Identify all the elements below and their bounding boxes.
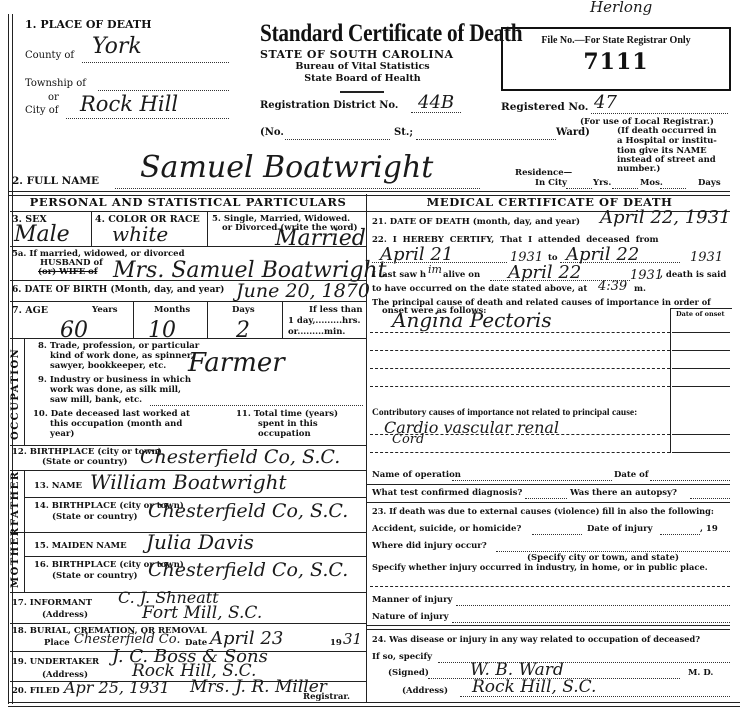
place-of-death-label: 1. PLACE OF DEATH xyxy=(25,18,151,31)
last-worked-label-2: this occupation (month and xyxy=(50,419,182,429)
time-value[interactable]: 4:39 xyxy=(598,279,627,294)
no-line xyxy=(285,139,390,140)
injury-where-label: Where did injury occur? xyxy=(372,541,487,551)
age-years-label: Years xyxy=(92,305,118,315)
filed-value[interactable]: Apr 25, 1931 xyxy=(64,678,170,697)
signed-label: (Signed) xyxy=(388,668,429,678)
time-suffix: m. xyxy=(634,284,646,294)
address-label: (Address) xyxy=(402,686,448,696)
residence-yrs-line xyxy=(612,188,638,189)
attended-to-year[interactable]: 1931 xyxy=(690,250,723,265)
operation-date-line xyxy=(650,480,730,481)
last-saw-label: I last saw h xyxy=(372,270,426,280)
injury-date-line xyxy=(660,534,700,535)
cause-line-3 xyxy=(370,368,670,369)
injury-date-label: Date of injury xyxy=(587,524,653,534)
contributory-label: Contributory causes of importance not re… xyxy=(372,408,637,418)
informant-rule xyxy=(10,623,366,624)
county-label: County of xyxy=(25,50,74,61)
onset-line-3 xyxy=(672,368,730,369)
less-than-2: 1 day,.........hrs. xyxy=(288,316,360,326)
full-name-value[interactable]: Samuel Boatwright xyxy=(140,150,433,185)
injury-where-line xyxy=(496,551,730,552)
total-time-label-1: 11. Total time (years) xyxy=(236,409,338,419)
if-so-label: If so, specify xyxy=(372,652,432,662)
state-heading: STATE OF SOUTH CAROLINA xyxy=(260,48,454,61)
trade-label-2: kind of work done, as spinner, xyxy=(50,351,194,361)
informant-address-value[interactable]: Fort Mill, S.C. xyxy=(142,603,262,623)
row-3-rule xyxy=(10,246,366,247)
last-saw-pronoun[interactable]: im xyxy=(428,263,442,276)
title-rule xyxy=(340,91,384,93)
mother-birthplace-label-2: (State or country) xyxy=(52,571,138,581)
accident-line xyxy=(532,534,582,535)
hospital-note-2: a Hospital or institu- xyxy=(617,136,717,146)
bureau-heading: Bureau of Vital Statistics xyxy=(260,61,465,72)
residence-yrs: Yrs. xyxy=(593,178,611,188)
age-years-value[interactable]: 60 xyxy=(60,318,88,343)
accident-label: Accident, suicide, or homicide? xyxy=(372,524,521,534)
occupation-side-divider xyxy=(24,338,25,445)
father-side-divider xyxy=(24,470,25,532)
mother-name-value[interactable]: Julia Davis xyxy=(146,530,254,554)
registrar-label: Registrar. xyxy=(303,692,350,702)
city-line xyxy=(66,118,229,119)
date-onset-label: Date of onset xyxy=(676,310,725,318)
operation-rule xyxy=(367,484,730,485)
age-months-divider xyxy=(207,302,208,338)
age-days-divider xyxy=(282,302,283,338)
registered-label: Registered No. xyxy=(501,101,588,113)
spouse-label-3: (or) WIFE of xyxy=(38,267,97,277)
dod-value[interactable]: April 22, 1931 xyxy=(600,207,731,228)
birthplace-value[interactable]: Chesterfield Co, S.C. xyxy=(140,446,340,468)
filed-label: 20. FILED xyxy=(12,686,60,696)
autopsy-line xyxy=(690,498,730,499)
father-side-label: FATHER xyxy=(10,478,21,526)
operation-date-label: Date of xyxy=(614,470,649,480)
hospital-note-5: number.) xyxy=(617,164,660,174)
file-number-box: File No.—For State Registrar Only 7111 xyxy=(501,27,731,91)
residence-mos: Mos. xyxy=(640,178,663,188)
informant-address-label: (Address) xyxy=(42,610,88,620)
margin-note: Herlong xyxy=(590,0,652,16)
specify-where-label: Specify whether injury occurred in indus… xyxy=(372,562,708,572)
manner-line xyxy=(456,605,730,606)
or-label: or xyxy=(48,92,59,103)
occupation-related-label: 24. Was disease or injury in any way rel… xyxy=(372,634,700,644)
city-value[interactable]: Rock Hill xyxy=(80,92,178,116)
age-months-value[interactable]: 10 xyxy=(148,318,176,343)
trade-label-1: 8. Trade, profession, or particular xyxy=(38,341,199,351)
full-name-line xyxy=(115,188,480,189)
total-time-label-2: spent in this xyxy=(258,419,318,429)
diagnosis-label: What test confirmed diagnosis? xyxy=(372,488,522,498)
informant-label: 17. INFORMANT xyxy=(12,598,92,608)
principal-cause-value[interactable]: Angina Pectoris xyxy=(392,308,552,332)
specify-line xyxy=(370,586,730,587)
bottom-border xyxy=(8,702,740,707)
residence-days: Days xyxy=(698,178,721,188)
age-years-divider xyxy=(133,302,134,338)
contrib-line-2 xyxy=(370,452,670,453)
registered-value[interactable]: 47 xyxy=(594,92,617,113)
reg-district-label: Registration District No. xyxy=(260,100,398,111)
no-label: (No. xyxy=(260,127,284,138)
nature-line xyxy=(452,622,730,623)
row-6-rule xyxy=(10,301,366,302)
dob-label: 6. DATE OF BIRTH (Month, day, and year) xyxy=(12,285,224,295)
cause-line-2 xyxy=(370,350,670,351)
md-label: M. D. xyxy=(688,668,713,678)
nature-label: Nature of injury xyxy=(372,612,449,622)
reg-district-value[interactable]: 44B xyxy=(418,92,454,113)
trade-label-3: sawyer, bookkeeper, etc. xyxy=(50,361,166,371)
marital-value[interactable]: Married xyxy=(275,226,366,251)
ward-label: Ward) xyxy=(556,127,590,138)
file-box-label: File No.—For State Registrar Only xyxy=(503,35,729,46)
mother-name-label: 15. MAIDEN NAME xyxy=(34,541,127,551)
residence-mos-line xyxy=(660,188,686,189)
last-saw-year[interactable]: 1931 xyxy=(630,268,663,283)
county-line xyxy=(82,62,229,63)
manner-label: Manner of injury xyxy=(372,595,453,605)
mother-side-label: MOTHER xyxy=(10,536,21,588)
occupation-side-label: OCCUPATION xyxy=(10,345,21,440)
total-time-label-3: occupation xyxy=(258,429,311,439)
hospital-note-1: (If death occurred in xyxy=(617,126,716,136)
mother-name-rule xyxy=(24,556,366,557)
mother-birthplace-value[interactable]: Chesterfield Co, S.C. xyxy=(148,559,348,581)
address-line xyxy=(460,696,730,697)
st-label: St.; xyxy=(394,127,413,138)
industry-line xyxy=(150,405,363,406)
industry-label-3: saw mill, bank, etc. xyxy=(50,395,142,405)
external-label: 23. If death was due to external causes … xyxy=(372,506,714,516)
burial-place-value[interactable]: Chesterfield Co. xyxy=(74,632,180,647)
township-line xyxy=(98,90,229,91)
father-name-rule xyxy=(24,497,366,498)
father-birthplace-label-2: (State or country) xyxy=(52,512,138,522)
father-name-label: 13. NAME xyxy=(34,481,82,491)
sex-value[interactable]: Male xyxy=(14,222,70,247)
row-7-rule xyxy=(10,338,366,339)
burial-year-prefix: 19 xyxy=(330,638,342,648)
onset-line-6 xyxy=(672,452,730,453)
certificate-title: Standard Certificate of Death xyxy=(260,20,522,48)
contributory-value-2[interactable]: Cord xyxy=(392,432,424,447)
last-worked-label-1: 10. Date deceased last worked at xyxy=(33,409,190,419)
race-divider xyxy=(207,212,208,246)
burial-year-suffix[interactable]: 31 xyxy=(343,630,362,648)
father-name-value[interactable]: William Boatwright xyxy=(90,470,287,494)
st-line xyxy=(416,139,556,140)
township-label: Township of xyxy=(25,78,86,89)
dod-label: 21. DATE OF DEATH (month, day, and year) xyxy=(372,217,580,227)
industry-label-2: work was done, as silk mill, xyxy=(50,385,181,395)
age-days-value[interactable]: 2 xyxy=(236,318,250,343)
cause-line-4 xyxy=(370,386,670,387)
onset-line-1 xyxy=(672,332,730,333)
city-label: City of xyxy=(25,105,58,116)
personal-section-title: PERSONAL AND STATISTICAL PARTICULARS xyxy=(10,195,366,209)
autopsy-label: Was there an autopsy? xyxy=(570,488,677,498)
residence-city-line xyxy=(566,188,592,189)
date-onset-divider xyxy=(670,308,671,453)
residence-in-city: In City xyxy=(535,178,567,188)
diagnosis-rule xyxy=(367,502,730,503)
registered-line xyxy=(591,113,728,114)
board-heading: State Board of Health xyxy=(260,73,465,84)
county-value[interactable]: York xyxy=(92,34,142,59)
age-label: 7. AGE xyxy=(12,305,48,316)
last-worked-label-3: year) xyxy=(50,429,74,439)
injury-year-prefix: , 19 xyxy=(700,524,718,534)
residence-label: Residence— xyxy=(515,168,572,178)
industry-label-1: 9. Industry or business in which xyxy=(38,375,191,385)
onset-line-2 xyxy=(672,350,730,351)
operation-line xyxy=(452,480,612,481)
death-said-label: , death is said xyxy=(660,270,726,280)
operation-label: Name of operation xyxy=(372,470,461,480)
onset-line-5 xyxy=(672,434,730,435)
age-months-label: Months xyxy=(154,305,190,315)
full-name-label: 2. FULL NAME xyxy=(12,175,99,187)
cause-line-1 xyxy=(370,332,670,333)
mother-side-divider xyxy=(24,532,25,592)
alive-on-label: alive on xyxy=(443,270,480,280)
father-birthplace-value[interactable]: Chesterfield Co, S.C. xyxy=(148,500,348,522)
less-than-1: If less than xyxy=(309,305,363,315)
occurred-label: to have occurred on the date stated abov… xyxy=(372,284,587,294)
onset-line-4 xyxy=(672,386,730,387)
address-value[interactable]: Rock Hill, S.C. xyxy=(472,677,596,697)
trade-value[interactable]: Farmer xyxy=(188,348,285,378)
age-days-label: Days xyxy=(232,305,255,315)
undertaker-label: 19. UNDERTAKER xyxy=(12,657,99,667)
birthplace-label-2: (State or country) xyxy=(42,457,128,467)
diagnosis-line xyxy=(525,498,567,499)
burial-place-label: Place xyxy=(44,638,70,648)
nature-rule xyxy=(367,625,730,630)
sex-divider xyxy=(91,212,92,246)
less-than-3: or.........min. xyxy=(288,327,345,337)
race-value[interactable]: white xyxy=(112,222,168,246)
file-box-number: 7111 xyxy=(503,49,729,75)
dob-value[interactable]: June 20, 1870 xyxy=(236,280,370,302)
